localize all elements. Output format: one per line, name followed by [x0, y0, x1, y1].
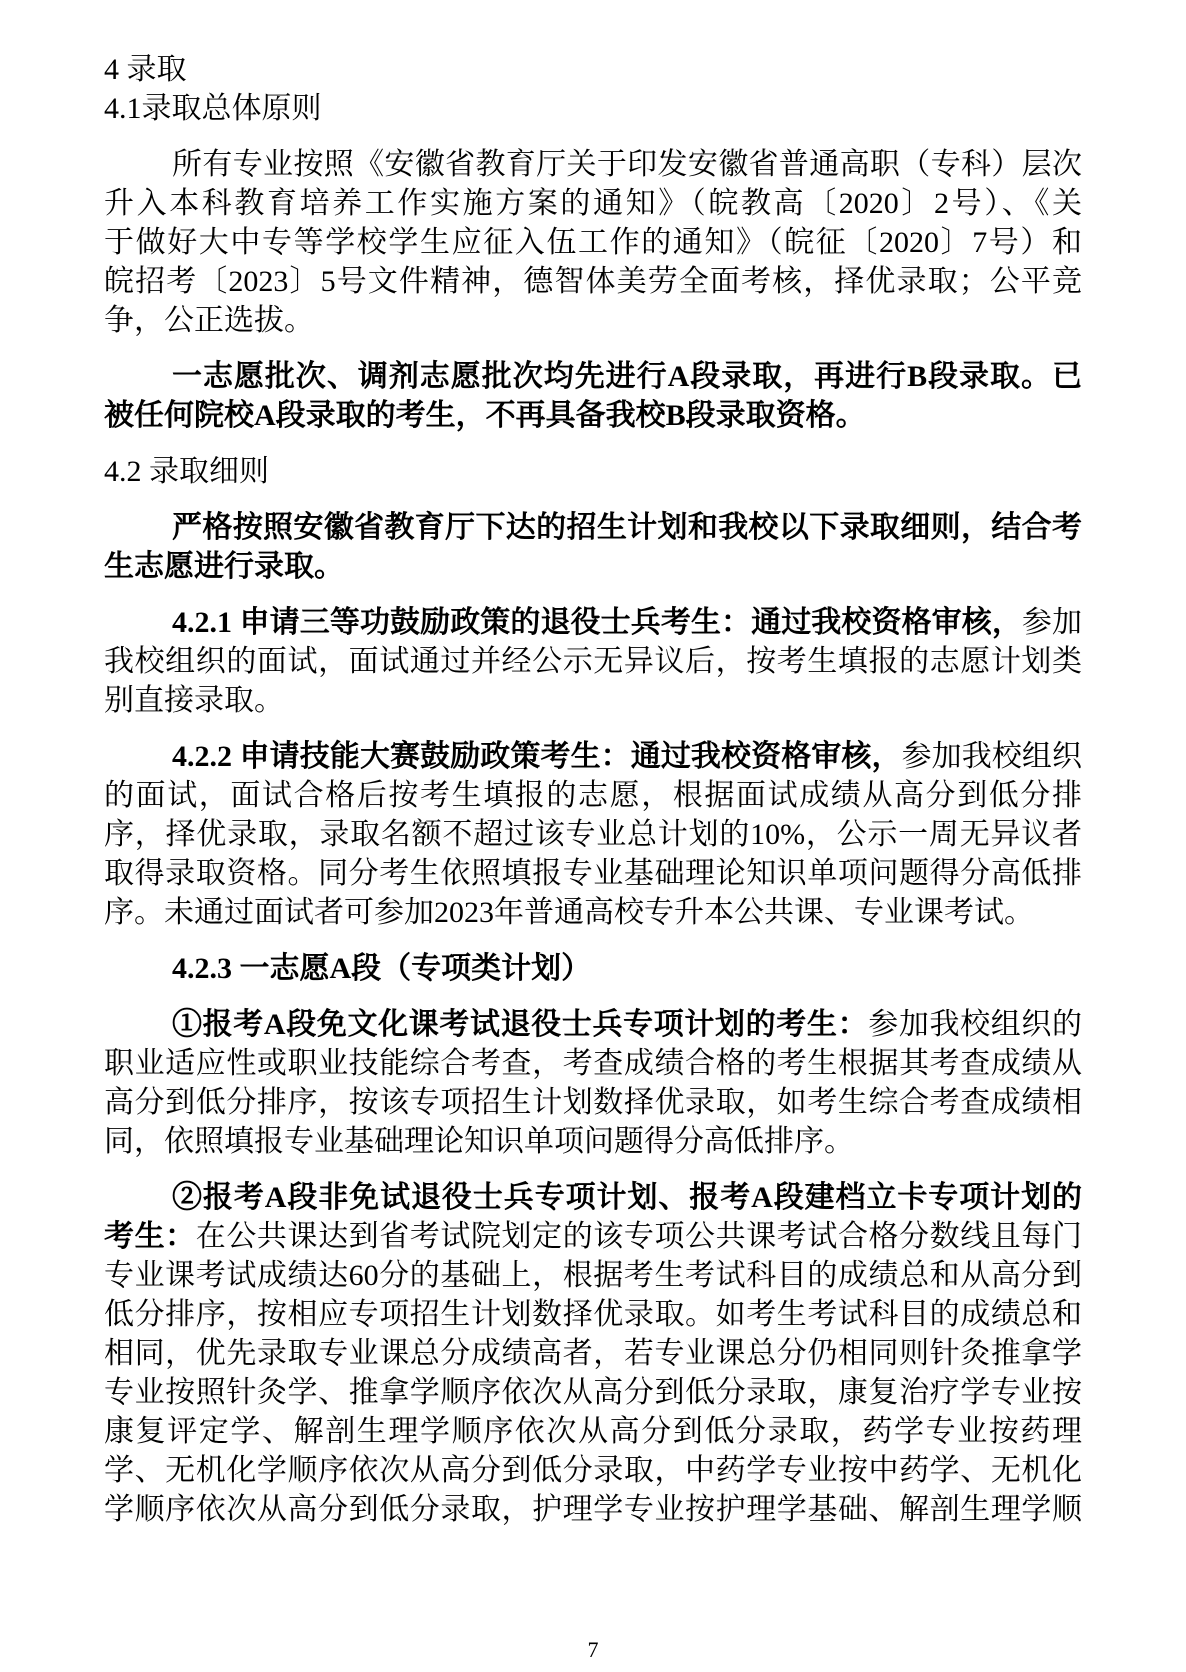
- text-run: 低分排序，按相应专项招生计划数择优录取。如考生考试科目的成绩总和: [104, 1298, 1082, 1331]
- text-line: 别直接录取。: [104, 681, 1082, 720]
- text-line: 争，公正选拔。: [104, 301, 1082, 340]
- text-run: 高分到低分排序，按该专项招生计划数择优录取，如考生综合考查成绩相: [104, 1086, 1082, 1119]
- text-line: 取得录取资格。同分考生依照填报专业基础理论知识单项问题得分高低排: [104, 854, 1082, 893]
- text-run: 相同，优先录取专业课总分成绩高者，若专业课总分仍相同则针灸推拿学: [104, 1337, 1082, 1370]
- para-4-2-2: 4.2.2 申请技能大赛鼓励政策考生：通过我校资格审核，参加我校组织的面试，面试…: [104, 737, 1082, 932]
- text-run: 严格按照安徽省教育厅下达的招生计划和我校以下录取细则，结合考: [172, 511, 1082, 544]
- para-ab-segment-rule: 一志愿批次、调剂志愿批次均先进行A段录取，再进行B段录取。已被任何院校A段录取的…: [104, 357, 1082, 435]
- text-run: ②报考A段非免试退役士兵专项计划、报考A段建档立卡专项计划的: [172, 1181, 1082, 1214]
- text-line: ②报考A段非免试退役士兵专项计划、报考A段建档立卡专项计划的: [104, 1178, 1082, 1217]
- heading-4-2-3: 4.2.3 一志愿A段（专项类计划）: [104, 949, 1082, 988]
- text-line: 皖招考〔2023〕5号文件精神，德智体美劳全面考核，择优录取；公平竞: [104, 262, 1082, 301]
- text-run: 序，择优录取，录取名额不超过该专业总计划的10%，公示一周无异议者: [104, 818, 1082, 851]
- para-item-1: ①报考A段免文化课考试退役士兵专项计划的考生：参加我校组织的职业适应性或职业技能…: [104, 1005, 1082, 1161]
- text-run: 专业按照针灸学、推拿学顺序依次从高分到低分录取，康复治疗学专业按: [104, 1376, 1082, 1409]
- text-run: 参加我校组织的: [868, 1008, 1082, 1041]
- text-line: 同，依照填报专业基础理论知识单项问题得分高低排序。: [104, 1122, 1082, 1161]
- text-run: 专业课考试成绩达60分的基础上，根据考生考试科目的成绩总和从高分到: [104, 1259, 1082, 1292]
- text-run: 同，依照填报专业基础理论知识单项问题得分高低排序。: [104, 1125, 854, 1158]
- text-run: 考生：: [104, 1220, 196, 1253]
- text-run: 升入本科教育培养工作实施方案的通知》（皖教高〔2020〕2号）、《关: [104, 187, 1082, 220]
- text-line: 职业适应性或职业技能综合考查，考查成绩合格的考生根据其考查成绩从: [104, 1044, 1082, 1083]
- text-line: 高分到低分排序，按该专项招生计划数择优录取，如考生综合考查成绩相: [104, 1083, 1082, 1122]
- heading-4-2: 4.2 录取细则: [104, 452, 1082, 491]
- text-run: 争，公正选拔。: [104, 304, 314, 337]
- text-run: 的面试，面试合格后按考生填报的志愿，根据面试成绩从高分到低分排: [104, 779, 1082, 812]
- text-line: 严格按照安徽省教育厅下达的招生计划和我校以下录取细则，结合考: [104, 508, 1082, 547]
- text-line: 学顺序依次从高分到低分录取，护理学专业按护理学基础、解剖生理学顺: [104, 1490, 1082, 1529]
- text-run: 学顺序依次从高分到低分录取，护理学专业按护理学基础、解剖生理学顺: [104, 1493, 1082, 1526]
- text-run: 参加我校组织: [902, 740, 1082, 773]
- para-item-2: ②报考A段非免试退役士兵专项计划、报考A段建档立卡专项计划的考生：在公共课达到省…: [104, 1178, 1082, 1529]
- text-run: 于做好大中专等学校学生应征入伍工作的通知》（皖征〔2020〕7号）和: [104, 226, 1082, 259]
- text-line: 4 录取: [104, 50, 1082, 89]
- text-line: 4.1录取总体原则: [104, 89, 1082, 128]
- text-line: 的面试，面试合格后按考生填报的志愿，根据面试成绩从高分到低分排: [104, 776, 1082, 815]
- text-run: 生志愿进行录取。: [104, 550, 344, 583]
- heading-group-4: 4 录取4.1录取总体原则: [104, 50, 1082, 128]
- text-line: 4.2.1 申请三等功鼓励政策的退役士兵考生：通过我校资格审核，参加: [104, 603, 1082, 642]
- text-line: 升入本科教育培养工作实施方案的通知》（皖教高〔2020〕2号）、《关: [104, 184, 1082, 223]
- text-run: 被任何院校A段录取的考生，不再具备我校B段录取资格。: [104, 399, 866, 432]
- text-run: 4.2.2 申请技能大赛鼓励政策考生：通过我校资格审核，: [172, 740, 902, 773]
- text-run: 一志愿批次、调剂志愿批次均先进行A段录取，再进行B段录取。已: [172, 360, 1082, 393]
- text-line: ①报考A段免文化课考试退役士兵专项计划的考生：参加我校组织的: [104, 1005, 1082, 1044]
- text-line: 4.2 录取细则: [104, 452, 1082, 491]
- text-line: 序。未通过面试者可参加2023年普通高校专升本公共课、专业课考试。: [104, 893, 1082, 932]
- text-run: 4.2.1 申请三等功鼓励政策的退役士兵考生：通过我校资格审核，: [172, 606, 1022, 639]
- text-run: 所有专业按照《安徽省教育厅关于印发安徽省普通高职（专科）层次: [172, 148, 1082, 181]
- text-run: 我校组织的面试，面试通过并经公示无异议后，按考生填报的志愿计划类: [104, 645, 1082, 678]
- text-line: 我校组织的面试，面试通过并经公示无异议后，按考生填报的志愿计划类: [104, 642, 1082, 681]
- text-run: 序。未通过面试者可参加2023年普通高校专升本公共课、专业课考试。: [104, 896, 1034, 929]
- page-number: 7: [0, 1632, 1186, 1668]
- text-line: 专业课考试成绩达60分的基础上，根据考生考试科目的成绩总和从高分到: [104, 1256, 1082, 1295]
- text-run: 在公共课达到省考试院划定的该专项公共课考试合格分数线且每门: [196, 1220, 1082, 1253]
- text-run: 4 录取: [104, 53, 187, 86]
- para-4-2-1: 4.2.1 申请三等功鼓励政策的退役士兵考生：通过我校资格审核，参加我校组织的面…: [104, 603, 1082, 720]
- text-run: 别直接录取。: [104, 684, 284, 717]
- text-line: 所有专业按照《安徽省教育厅关于印发安徽省普通高职（专科）层次: [104, 145, 1082, 184]
- text-run: 康复评定学、解剖生理学顺序依次从高分到低分录取，药学专业按药理: [104, 1415, 1082, 1448]
- text-line: 被任何院校A段录取的考生，不再具备我校B段录取资格。: [104, 396, 1082, 435]
- text-run: 学、无机化学顺序依次从高分到低分录取，中药学专业按中药学、无机化: [104, 1454, 1082, 1487]
- text-run: 职业适应性或职业技能综合考查，考查成绩合格的考生根据其考查成绩从: [104, 1047, 1082, 1080]
- text-line: 4.2.3 一志愿A段（专项类计划）: [104, 949, 1082, 988]
- text-run: ①报考A段免文化课考试退役士兵专项计划的考生：: [172, 1008, 868, 1041]
- text-run: 参加: [1022, 606, 1082, 639]
- para-strict-rule: 严格按照安徽省教育厅下达的招生计划和我校以下录取细则，结合考生志愿进行录取。: [104, 508, 1082, 586]
- text-run: 取得录取资格。同分考生依照填报专业基础理论知识单项问题得分高低排: [104, 857, 1082, 890]
- text-line: 学、无机化学顺序依次从高分到低分录取，中药学专业按中药学、无机化: [104, 1451, 1082, 1490]
- text-run: 4.2 录取细则: [104, 455, 269, 488]
- text-line: 一志愿批次、调剂志愿批次均先进行A段录取，再进行B段录取。已: [104, 357, 1082, 396]
- text-line: 专业按照针灸学、推拿学顺序依次从高分到低分录取，康复治疗学专业按: [104, 1373, 1082, 1412]
- text-line: 低分排序，按相应专项招生计划数择优录取。如考生考试科目的成绩总和: [104, 1295, 1082, 1334]
- text-line: 生志愿进行录取。: [104, 547, 1082, 586]
- text-line: 相同，优先录取专业课总分成绩高者，若专业课总分仍相同则针灸推拿学: [104, 1334, 1082, 1373]
- text-line: 序，择优录取，录取名额不超过该专业总计划的10%，公示一周无异议者: [104, 815, 1082, 854]
- text-run: 皖招考〔2023〕5号文件精神，德智体美劳全面考核，择优录取；公平竞: [104, 265, 1082, 298]
- text-run: 4.1录取总体原则: [104, 92, 322, 125]
- para-overall-principles: 所有专业按照《安徽省教育厅关于印发安徽省普通高职（专科）层次升入本科教育培养工作…: [104, 145, 1082, 340]
- text-line: 于做好大中专等学校学生应征入伍工作的通知》（皖征〔2020〕7号）和: [104, 223, 1082, 262]
- text-line: 4.2.2 申请技能大赛鼓励政策考生：通过我校资格审核，参加我校组织: [104, 737, 1082, 776]
- text-line: 康复评定学、解剖生理学顺序依次从高分到低分录取，药学专业按药理: [104, 1412, 1082, 1451]
- text-run: 4.2.3 一志愿A段（专项类计划）: [172, 952, 591, 985]
- text-line: 考生：在公共课达到省考试院划定的该专项公共课考试合格分数线且每门: [104, 1217, 1082, 1256]
- document-body: 4 录取4.1录取总体原则所有专业按照《安徽省教育厅关于印发安徽省普通高职（专科…: [104, 50, 1082, 1529]
